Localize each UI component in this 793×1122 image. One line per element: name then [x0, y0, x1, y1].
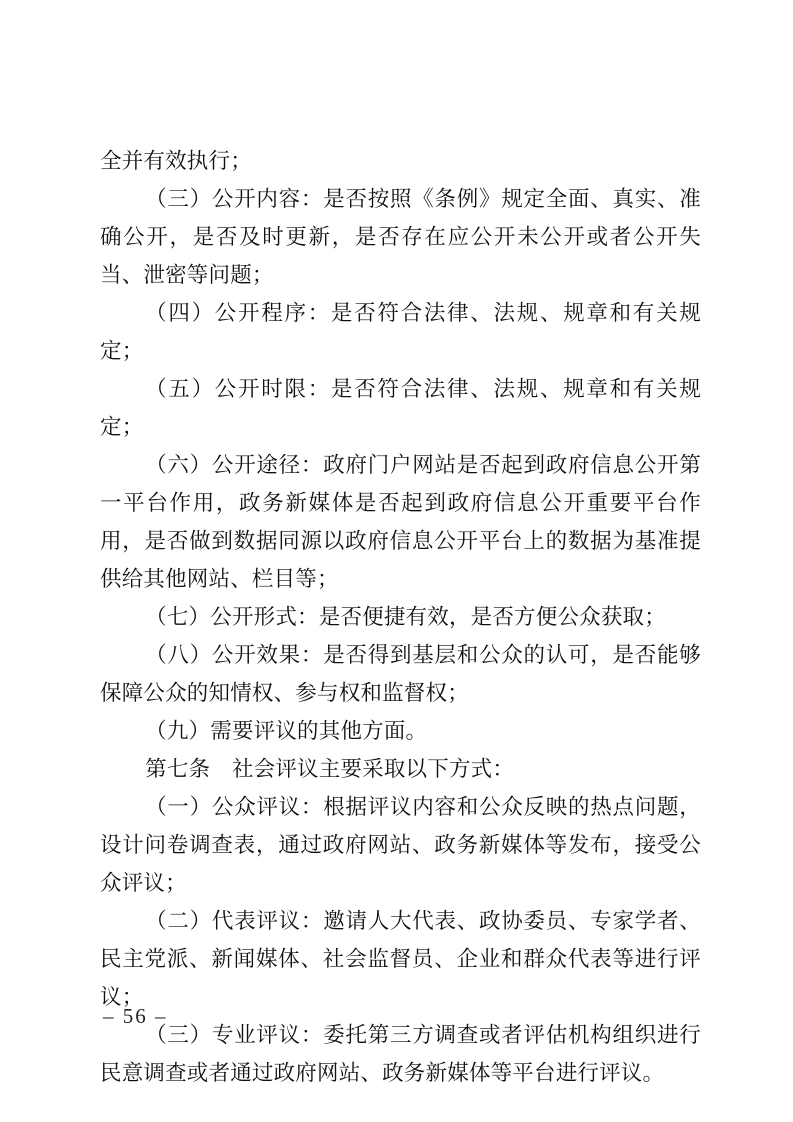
page-number: – 56 – — [103, 1003, 168, 1029]
paragraph-item-7-form: （七）公开形式：是否便捷有效，是否方便公众获取； — [100, 598, 701, 636]
document-body: 全并有效执行； （三）公开内容：是否按照《条例》规定全面、真实、准确公开，是否及… — [100, 142, 701, 1092]
paragraph-item-4-procedure: （四）公开程序：是否符合法律、法规、规章和有关规定； — [100, 294, 701, 370]
paragraph-method-2-representative: （二）代表评议：邀请人大代表、政协委员、专家学者、民主党派、新闻媒体、社会监督员… — [100, 902, 701, 1016]
paragraph-item-3-content: （三）公开内容：是否按照《条例》规定全面、真实、准确公开，是否及时更新，是否存在… — [100, 180, 701, 294]
paragraph-item-9-other: （九）需要评议的其他方面。 — [100, 712, 701, 750]
paragraph-item-8-effect: （八）公开效果：是否得到基层和公众的认可，是否能够保障公众的知情权、参与权和监督… — [100, 636, 701, 712]
paragraph-method-1-public: （一）公众评议：根据评议内容和公众反映的热点问题，设计问卷调查表，通过政府网站、… — [100, 788, 701, 902]
paragraph-item-6-channels: （六）公开途径：政府门户网站是否起到政府信息公开第一平台作用，政务新媒体是否起到… — [100, 446, 701, 598]
paragraph-method-3-professional: （三）专业评议：委托第三方调查或者评估机构组织进行民意调查或者通过政府网站、政务… — [100, 1016, 701, 1092]
paragraph-continuation: 全并有效执行； — [100, 142, 701, 180]
paragraph-item-5-timeliness: （五）公开时限：是否符合法律、法规、规章和有关规定； — [100, 370, 701, 446]
paragraph-article-7: 第七条 社会评议主要采取以下方式： — [100, 750, 701, 788]
document-page: 全并有效执行； （三）公开内容：是否按照《条例》规定全面、真实、准确公开，是否及… — [0, 0, 793, 1122]
